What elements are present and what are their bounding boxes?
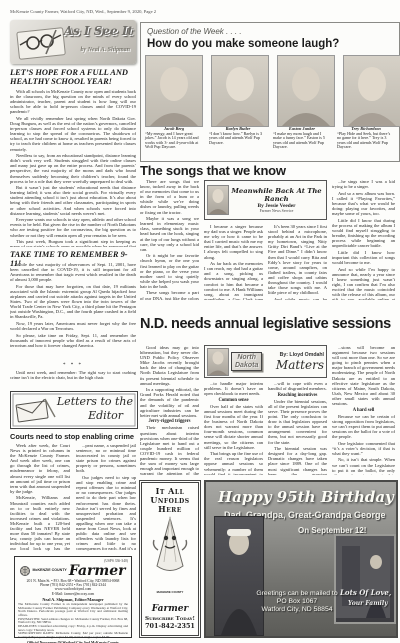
letter-column-2: ...peat name, a suspended jail sentence,… <box>76 443 136 551</box>
songs-headline: The songs that we know <box>140 163 286 178</box>
nd-column-2: ...to handle major interim problems. It … <box>204 381 263 475</box>
paragraph: For those that may have forgotten, on th… <box>10 284 136 320</box>
paragraph: Until next week, and remember: The right… <box>10 370 136 380</box>
paragraph: Their mechanism raised questions about i… <box>140 425 199 475</box>
subscribe-ad: It All Unfolds Here McKENZIE COUNTY Farm… <box>139 480 201 638</box>
paragraph: This past week, Burgum took a significan… <box>10 239 136 247</box>
subscribe-phone: 701-842-2351 <box>144 622 196 630</box>
songs-column-3: It’s been 30 years since I first stood b… <box>268 224 327 300</box>
songs-column-4: ...he sings since I was a kid trying to … <box>332 179 395 300</box>
nd-column-4: ...sions will become an argument because… <box>332 345 395 475</box>
respondent-caption: Raelyn Butler “I don’t know how.” Raelyn… <box>209 127 267 150</box>
letters-banner-line2: Editor <box>43 410 123 421</box>
paragraph: And so a new album was born. I called it… <box>332 191 395 216</box>
respondent-photo <box>277 55 335 127</box>
letter-column-1: Week after week, the Court News is print… <box>10 443 70 551</box>
nd-matters-inset: North Dakota By: Lloyd Omdahl Matters <box>204 345 327 378</box>
sailor-silhouette-icon <box>215 517 263 635</box>
editorial-headline-school: LET’S HOPE FOR A FULL AND HEALTHY SCHOOL… <box>10 68 136 87</box>
subscribe-logo-farmer: Farmer <box>152 604 188 614</box>
paragraph: And so while I’m happy to announce that,… <box>332 267 395 301</box>
ranch-column-credit: Farmer News Service <box>229 209 324 213</box>
nd-column-3: ...will to cope with even a handful of d… <box>268 381 327 475</box>
paragraph: Everyone wants our schools to stay open,… <box>10 217 136 237</box>
paragraph: As far back as the memories I can reach,… <box>204 261 263 300</box>
nd-logo-line2: Dakota <box>235 362 258 370</box>
ranch-column-title: Meanwhile Back At The Ranch <box>229 187 324 203</box>
paragraph: These songs become a part of our DNA, ju… <box>140 290 199 300</box>
paragraph: ...will to cope with even a handful of d… <box>268 381 327 391</box>
paragraph: Our judges need to step up and stop enab… <box>76 475 136 551</box>
songs-column-2: I became a singer because my dad was a s… <box>204 224 263 300</box>
masthead-logo-county: McKENZIE COUNTY <box>32 569 66 573</box>
sailor-photo <box>214 516 264 636</box>
masthead-logo-farmer: Farmer <box>69 563 126 579</box>
paragraph: ...to handle major interim problems. It … <box>204 381 263 396</box>
column-subhead: Common sense <box>204 398 263 403</box>
portrait-silhouette-icon <box>146 56 202 126</box>
as-i-see-it-logo-byline: by Neal A. Shipman <box>81 47 130 53</box>
question-of-week-box: Question of the Week . . . . How do you … <box>140 22 400 162</box>
respondent-caption: Jacob Berg “My energy, and I have great … <box>145 127 203 150</box>
portrait-silhouette-icon <box>212 56 268 126</box>
paragraph: Because we can be certain of strong oppo… <box>332 414 395 439</box>
nd-logo-line1: North <box>235 354 258 362</box>
paragraph: So please, take time on Friday, Sept. 11… <box>10 333 136 348</box>
as-i-see-it-banner: As I See It by Neal A. Shipman <box>10 20 136 64</box>
column-subhead: Jerry-rigged triggers <box>140 419 199 424</box>
paragraph: ...peat name, a suspended jail sentence,… <box>76 443 136 474</box>
subscribe-logo-county: McKENZIE COUNTY <box>157 590 184 594</box>
glasses-notepad-icon <box>16 26 68 60</box>
newspaper-mascot-icon <box>150 516 190 578</box>
qow-kicker: Question of the Week . . . . <box>147 27 242 36</box>
masthead-fine-print-4: SUBSCRIPTION RATES: McKenzie County, $42… <box>18 632 128 639</box>
paragraph: ...sions will become an argument because… <box>332 345 395 406</box>
masthead-email: E-Mail: farmer@nccray.com <box>18 592 128 596</box>
birthday-love-line2: Your Family <box>348 600 388 607</box>
column-subhead: Reaching incentives <box>268 393 327 398</box>
subscribe-ad-line3: Here <box>144 505 196 514</box>
editorial-closing: Until next week, and remember: The right… <box>10 370 136 388</box>
section-divider: * * * <box>10 363 136 368</box>
paragraph: While the vast majority of observances o… <box>10 262 136 282</box>
masthead-fine-print-1: The McKenzie County Farmer is an indepen… <box>18 603 128 618</box>
qow-caption-row: Jacob Berg “My energy, and I have great … <box>145 127 395 150</box>
paragraph: Or it might be our favorite church hymn,… <box>140 253 199 289</box>
paragraph: Little did I know how important this col… <box>332 250 395 265</box>
paragraph: ...he sings since I was a kid trying to … <box>332 179 395 189</box>
songs-column-1: There are songs that we know, tucked awa… <box>140 179 199 300</box>
page-folio-line: McKenzie County Farmer, Watford City, ND… <box>10 9 310 14</box>
paragraph: There are songs that we know, tucked awa… <box>140 179 199 215</box>
columnist-photo-veeder <box>207 185 229 215</box>
letters-banner-line1: Letters to the <box>53 396 133 407</box>
birthday-ad: Happy 95th Birthday Dad, Grandpa, Great-… <box>204 480 398 638</box>
portrait-silhouette-icon <box>208 349 228 375</box>
paragraph: In a supporting editorial, the Grand For… <box>140 387 199 418</box>
qow-photo-row <box>145 55 400 127</box>
paragraph: Under the biennial sessions, all of the … <box>268 399 327 445</box>
columnist-photo-omdahl <box>207 348 229 376</box>
birthday-mail-line2: PO Box 1067 <box>242 598 352 606</box>
ranch-column-inset: Meanwhile Back At The Ranch By Jessie Ve… <box>204 180 327 220</box>
paragraph: No, it isn’t that simple. When we can’t … <box>332 457 395 475</box>
as-i-see-it-logo-title: As I See It <box>64 24 133 38</box>
newspaper-page: McKenzie County Farmer, Watford City, ND… <box>0 0 400 643</box>
paragraph: Needless to say, from an educational sta… <box>10 153 136 184</box>
respondent-caption: Trey Richardson “Play Hide and Seek, but… <box>337 127 395 150</box>
letters-to-editor-banner: Letters to the Editor <box>10 391 138 429</box>
editorial-school-body: With all schools in McKenzie County now … <box>10 89 136 247</box>
paragraph: But it wasn’t just the students’ educati… <box>10 185 136 216</box>
respondent-photo <box>343 55 400 127</box>
birthday-mail-line1: Greetings can be mailed to <box>242 590 352 598</box>
paragraph: McKenzie, Williams and Mountrail countie… <box>10 495 70 551</box>
respondent-photo <box>145 55 203 127</box>
qow-question: How do you make someone laugh? <box>147 38 339 50</box>
farmer-logo-icon <box>20 566 30 576</box>
respondent-photo <box>211 55 269 127</box>
north-dakota-logo: North Dakota <box>231 352 262 371</box>
paragraph: Good ideas may go into hibernation, but … <box>140 345 199 386</box>
portrait-silhouette-icon <box>208 186 228 214</box>
paragraph: I became a singer because my dad was a s… <box>204 224 263 260</box>
birthday-mail-line3: Watford City, ND 58854 <box>242 606 352 614</box>
portrait-silhouette-icon <box>278 56 334 126</box>
paragraph: Little did I know that during the proces… <box>332 218 395 249</box>
paragraph: With all schools in McKenzie County now … <box>10 89 136 114</box>
paragraph: That brings up the fine use of the real … <box>204 451 263 475</box>
paragraph: Maybe it was a song we learned in elemen… <box>140 216 199 252</box>
respondent-caption: Easton Junker “I make my mom laugh and I… <box>273 127 331 150</box>
nd-matters-script: Matters <box>264 358 324 372</box>
paragraph: The biennial session was designed for a … <box>268 446 327 475</box>
paragraph: We all vividly remember last spring when… <box>10 116 136 152</box>
nd-column-1: Good ideas may go into hibernation, but … <box>140 345 199 475</box>
paragraph: And while music can be timeless, our liv… <box>268 297 327 300</box>
paragraph: It’s been 30 years since I first stood b… <box>268 224 327 295</box>
editorial-911-body: While the vast majority of observances o… <box>10 262 136 361</box>
portrait-silhouette-icon <box>344 56 400 126</box>
birthday-mailing-info: Greetings can be mailed to PO Box 1067 W… <box>242 590 352 614</box>
paragraph: One legislator commented that “it’s a vo… <box>332 441 395 456</box>
paragraph: Over half of the states with annual sess… <box>204 404 263 450</box>
nd-headline: N.D. needs annual legislative sessions <box>140 316 391 332</box>
paragraph: Week after week, the Court News is print… <box>10 443 70 494</box>
paragraph: Now, 19 years later, Americans must neve… <box>10 321 136 331</box>
letter-headline: Courts need to stop enabling crime <box>10 432 136 441</box>
column-subhead: A hard sell <box>332 408 395 413</box>
masthead-box: (USPS 336-340) McKENZIE COUNTY Farmer 20… <box>14 556 132 638</box>
birthday-script-headline: Happy 95th Birthday <box>218 488 394 506</box>
